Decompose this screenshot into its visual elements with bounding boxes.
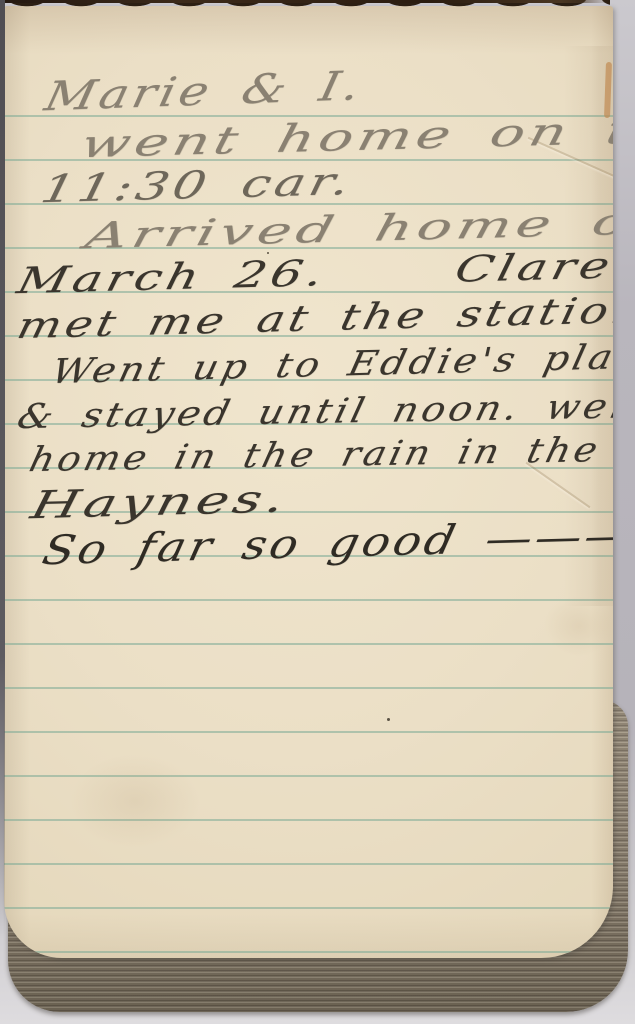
binding-stitches (0, 0, 610, 10)
scan-left-edge-shadow (0, 0, 5, 938)
ink-speck (387, 718, 390, 721)
paper-stain (544, 596, 613, 656)
handwriting-line-1: Marie & I. (41, 65, 367, 118)
handwriting-line-10: Haynes. (27, 479, 292, 526)
notebook-page: Marie & I. went home on the 11:30 car. A… (4, 6, 613, 958)
paper-stain (70, 754, 200, 848)
handwriting-line-3: 11:30 car. (37, 162, 357, 210)
scanned-diary-page: Marie & I. went home on the 11:30 car. A… (0, 0, 635, 1024)
